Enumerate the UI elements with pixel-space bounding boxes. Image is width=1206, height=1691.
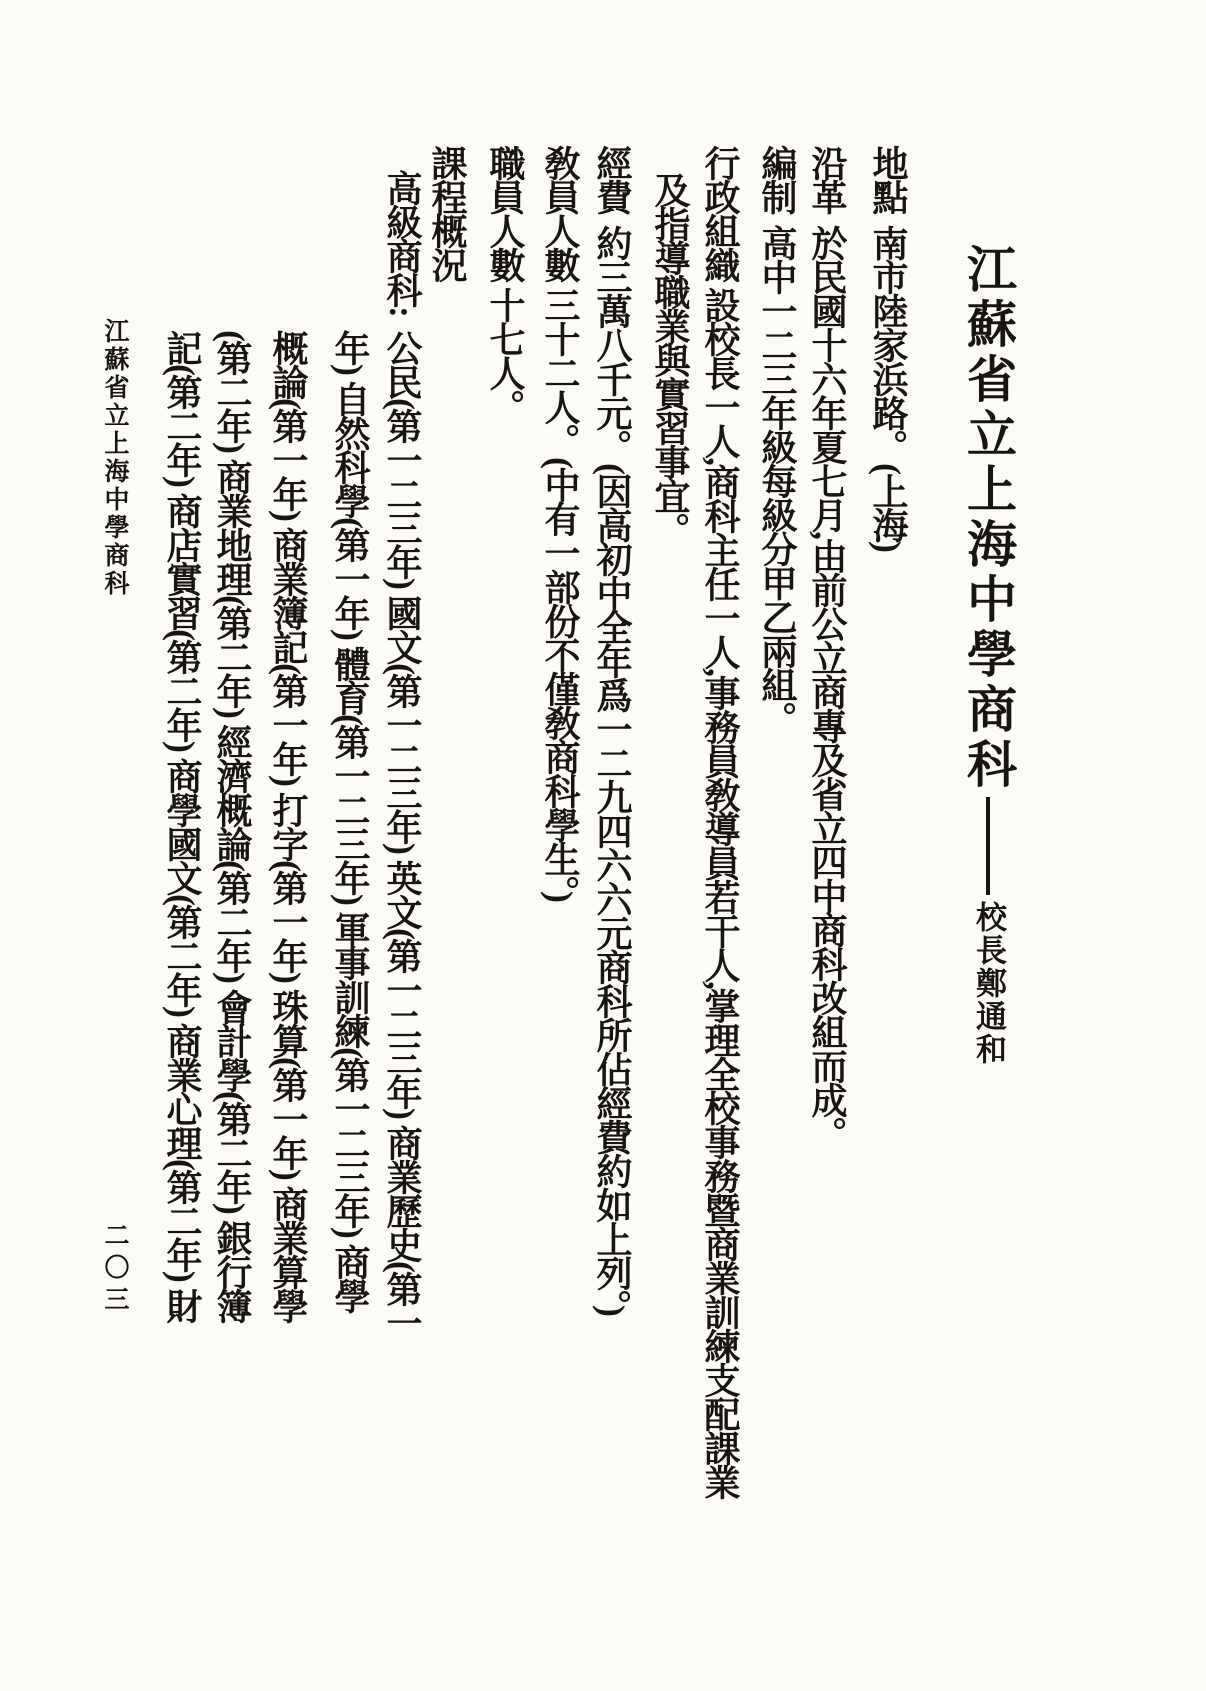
entry-label: 編制 — [757, 145, 797, 213]
entry-text: 十七人。 — [485, 287, 525, 423]
entry-text: 設校長一人,商科主任一人,事務員敎導員若干人,掌理全校事務暨商業訓練支配課業 — [700, 287, 740, 1498]
entry-label: 敎員人數 — [540, 145, 580, 281]
entry-label: 經費 — [592, 145, 632, 213]
entry-text: 約三萬八千元。(因高初中全年爲一二九四六六元商科所佔經費約如上列。) — [592, 225, 632, 1315]
curriculum-line: 公民(第一二三年) 國文(第一二三年) 英文(第一二三年) 商業歷史(第一 — [384, 330, 420, 1339]
document-title: 江蘇省立上海中學商科 — [960, 243, 1016, 793]
curriculum-line: 記(第二年) 商店實習(第二年) 商學國文(第二年) 商業心理(第二年) 財 — [164, 330, 200, 1322]
entry-text: 南市陸家浜路。(上海) — [868, 225, 908, 551]
curriculum-line: 年) 自然科學(第一年) 體育(第一二三年) 軍事訓練(第一二三年) 商學 — [332, 330, 368, 1312]
curriculum-line: 概論(第一年) 商業簿記(第一年) 打字(第一年) 珠算(第一年) 商業算學 — [270, 330, 306, 1322]
document-title-column: 江蘇省立上海中學商科——校長鄭通和 — [963, 243, 1013, 1066]
entry-label: 沿革 — [807, 145, 847, 213]
entry-curriculum-overview: 課程概況 — [429, 145, 465, 281]
title-dash: —— — [986, 797, 990, 895]
entry-structure: 編制高中一二三年級每級分甲乙兩組。 — [759, 145, 795, 735]
entry-text: 於民國十六年夏七月,由前公立商專及省立四中商科改組而成。 — [807, 225, 847, 1150]
entry-history: 沿革於民國十六年夏七月,由前公立商專及省立四中商科改組而成。 — [809, 145, 845, 1150]
title-author: 校長鄭通和 — [971, 901, 1006, 1066]
entry-text: 及指導職業與實習事宜。 — [650, 172, 690, 546]
entry-label: 課程概況 — [427, 145, 467, 281]
entry-text: 三十二人。(中有一部份不僅敎商科學生。) — [540, 287, 580, 901]
entry-text: 高中一二三年級每級分甲乙兩組。 — [757, 225, 797, 735]
entry-administration-continued: 及指導職業與實習事宜。 — [652, 172, 688, 546]
curriculum-line: (第二年) 商業地理(第二年) 經濟概論(第二年) 會計學(第二年) 銀行簿 — [214, 330, 250, 1322]
entry-administration: 行政組織設校長一人,商科主任一人,事務員敎導員若干人,掌理全校事務暨商業訓練支配… — [702, 145, 738, 1498]
entry-label: 行政組織 — [700, 145, 740, 281]
entry-teacher-count: 敎員人數三十二人。(中有一部份不僅敎商科學生。) — [542, 145, 578, 901]
scanned-document-page: 江蘇省立上海中學商科——校長鄭通和 地點南市陸家浜路。(上海) 沿革於民國十六年… — [0, 0, 1206, 1691]
entry-funds: 經費約三萬八千元。(因高初中全年爲一二九四六六元商科所佔經費約如上列。) — [594, 145, 630, 1315]
entry-staff-count: 職員人數十七人。 — [487, 145, 523, 423]
entry-label: 地點 — [868, 145, 908, 213]
running-title: 江蘇省立上海中學商科 — [96, 318, 132, 598]
entry-location: 地點南市陸家浜路。(上海) — [870, 145, 906, 551]
curriculum-section-header: 高級商科: — [384, 170, 420, 316]
page-number: 二〇三 — [96, 1222, 132, 1318]
entry-label: 職員人數 — [485, 145, 525, 281]
